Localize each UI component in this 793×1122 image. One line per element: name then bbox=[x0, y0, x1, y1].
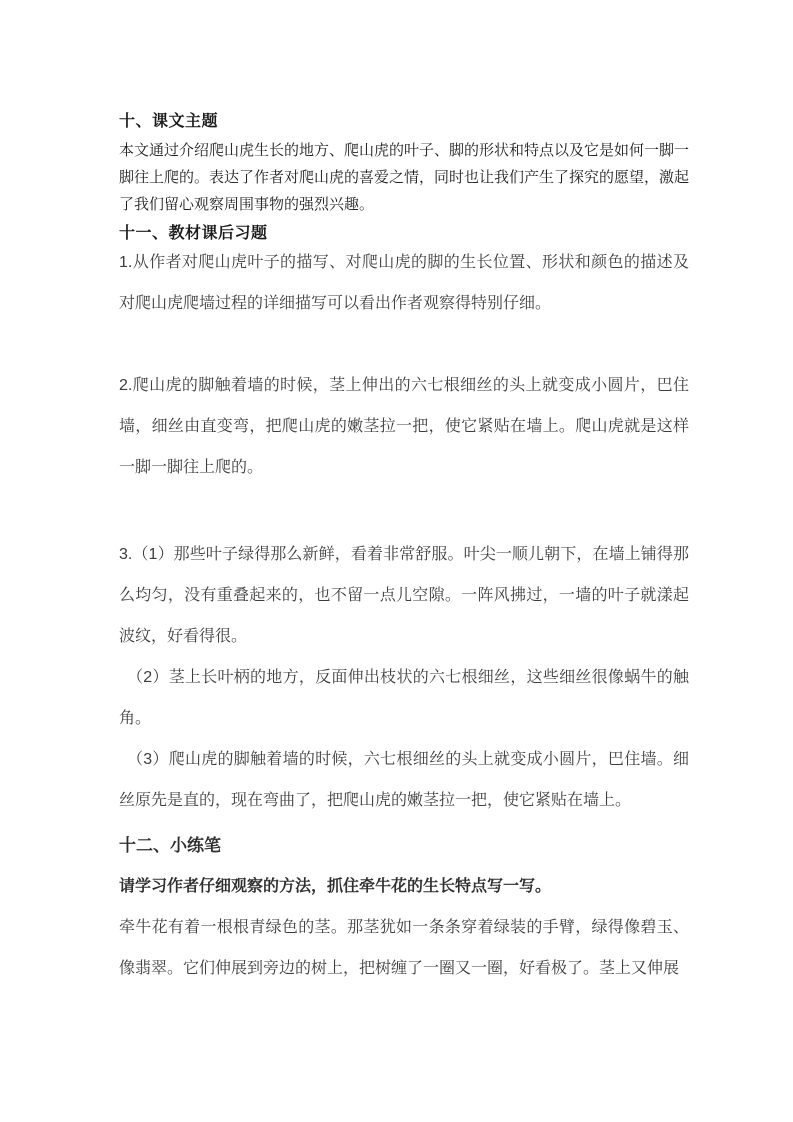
exercise-item-3-part-3: （3）爬山虎的脚触着墙的时候，六七根细丝的头上就变成小圆片，巴住墙。细丝原先是直… bbox=[119, 739, 689, 821]
section-10-heading: 十、课文主题 bbox=[119, 112, 218, 132]
section-12-heading: 十二、小练笔 bbox=[119, 835, 221, 857]
exercise-item-3-part-1: 3.（1）那些叶子绿得那么新鲜，看着非常舒服。叶尖一顺儿朝下，在墙上铺得那么均匀… bbox=[119, 534, 689, 657]
document-page: 十、课文主题 本文通过介绍爬山虎生长的地方、爬山虎的叶子、脚的形状和特点以及它是… bbox=[0, 0, 793, 1122]
exercise-item-3: 3.（1）那些叶子绿得那么新鲜，看着非常舒服。叶尖一顺儿朝下，在墙上铺得那么均匀… bbox=[119, 534, 689, 821]
exercise-item-3-part-2: （2）茎上长叶柄的地方，反面伸出枝状的六七根细丝，这些细丝很像蜗牛的触角。 bbox=[119, 657, 689, 739]
section-10-body: 本文通过介绍爬山虎生长的地方、爬山虎的叶子、脚的形状和特点以及它是如何一脚一脚往… bbox=[119, 138, 689, 219]
practice-body: 牵牛花有着一根根青绿色的茎。那茎犹如一条条穿着绿装的手臂，绿得像碧玉、像翡翠。它… bbox=[119, 907, 689, 989]
practice-prompt: 请学习作者仔细观察的方法，抓住牵牛花的生长特点写一写。 bbox=[119, 866, 689, 907]
exercise-item-1: 1.从作者对爬山虎叶子的描写、对爬山虎的脚的生长位置、形状和颜色的描述及对爬山虎… bbox=[119, 242, 689, 324]
section-11-heading: 十一、教材课后习题 bbox=[119, 224, 268, 244]
exercise-item-2: 2.爬山虎的脚触着墙的时候，茎上伸出的六七根细丝的头上就变成小圆片，巴住墙，细丝… bbox=[119, 365, 689, 488]
